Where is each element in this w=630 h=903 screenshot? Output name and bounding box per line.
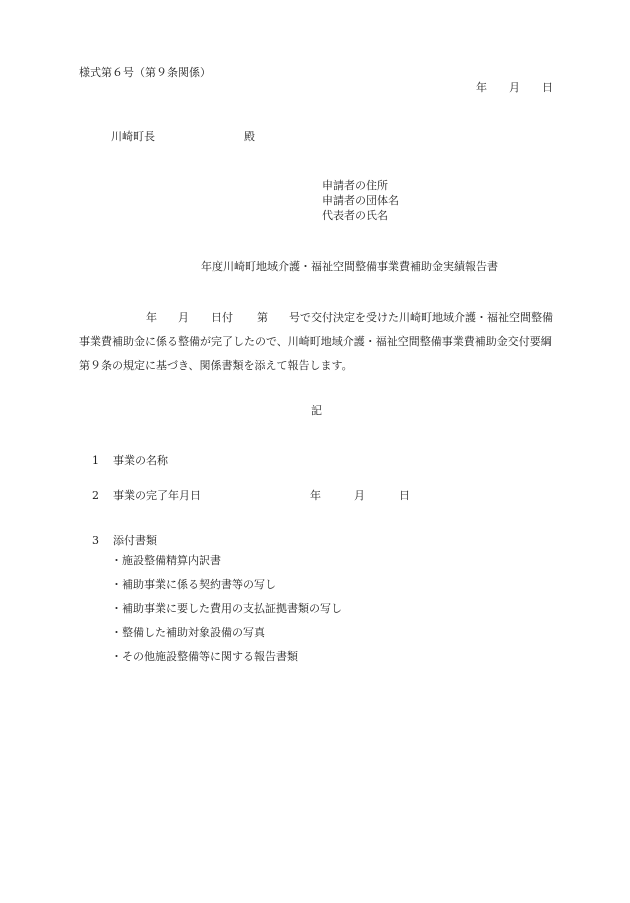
applicant-representative-label: 代表者の氏名: [322, 209, 388, 223]
item-label: 添付書類: [113, 534, 157, 547]
honorific: 殿: [244, 130, 255, 144]
completion-year: 年: [310, 489, 321, 503]
header-date-year: 年: [476, 81, 487, 95]
applicant-organization-label: 申請者の団体名: [322, 194, 399, 208]
body-year: 年: [146, 311, 157, 325]
item-number: 3: [92, 534, 113, 548]
body-month: 月: [178, 311, 189, 325]
header-date-month: 月: [509, 81, 520, 95]
body-line3-text: 第９条の規定に基づき、関係書類を添えて報告します。: [79, 359, 353, 373]
body-day: 日付: [211, 311, 233, 325]
body-line1-text: 号で交付決定を受けた川崎町地域介護・福祉空間整備: [289, 311, 553, 325]
attachment-item: ・その他施設整備等に関する報告書類: [111, 650, 298, 664]
body-line2-text: 事業費補助金に係る整備が完了したので、川崎町地域介護・福祉空間整備事業費補助金交…: [79, 335, 552, 349]
item-number: 2: [92, 489, 113, 503]
body-no: 第: [257, 311, 268, 325]
item-number: 1: [92, 454, 113, 468]
applicant-address-label: 申請者の住所: [322, 179, 388, 193]
attachment-item: ・補助事業に係る契約書等の写し: [111, 578, 276, 592]
header-date-day: 日: [542, 81, 553, 95]
completion-month: 月: [354, 489, 365, 503]
attachment-item: ・施設整備精算内訳書: [111, 554, 221, 568]
attachment-item: ・補助事業に要した費用の支払証拠書類の写し: [111, 602, 342, 616]
item-label: 事業の名称: [113, 454, 168, 467]
addressee: 川崎町長: [111, 130, 155, 144]
form-number: 様式第６号（第９条関係）: [79, 66, 211, 80]
document-title: 年度川崎町地域介護・福祉空間整備事業費補助金実績報告書: [201, 260, 498, 274]
ki-heading: 記: [311, 404, 322, 418]
item-1: 1事業の名称: [92, 454, 168, 468]
item-label: 事業の完了年月日: [113, 489, 201, 502]
completion-day: 日: [399, 489, 410, 503]
attachment-item: ・整備した補助対象設備の写真: [111, 626, 265, 640]
item-2: 2事業の完了年月日: [92, 489, 201, 503]
item-3: 3添付書類: [92, 534, 157, 548]
